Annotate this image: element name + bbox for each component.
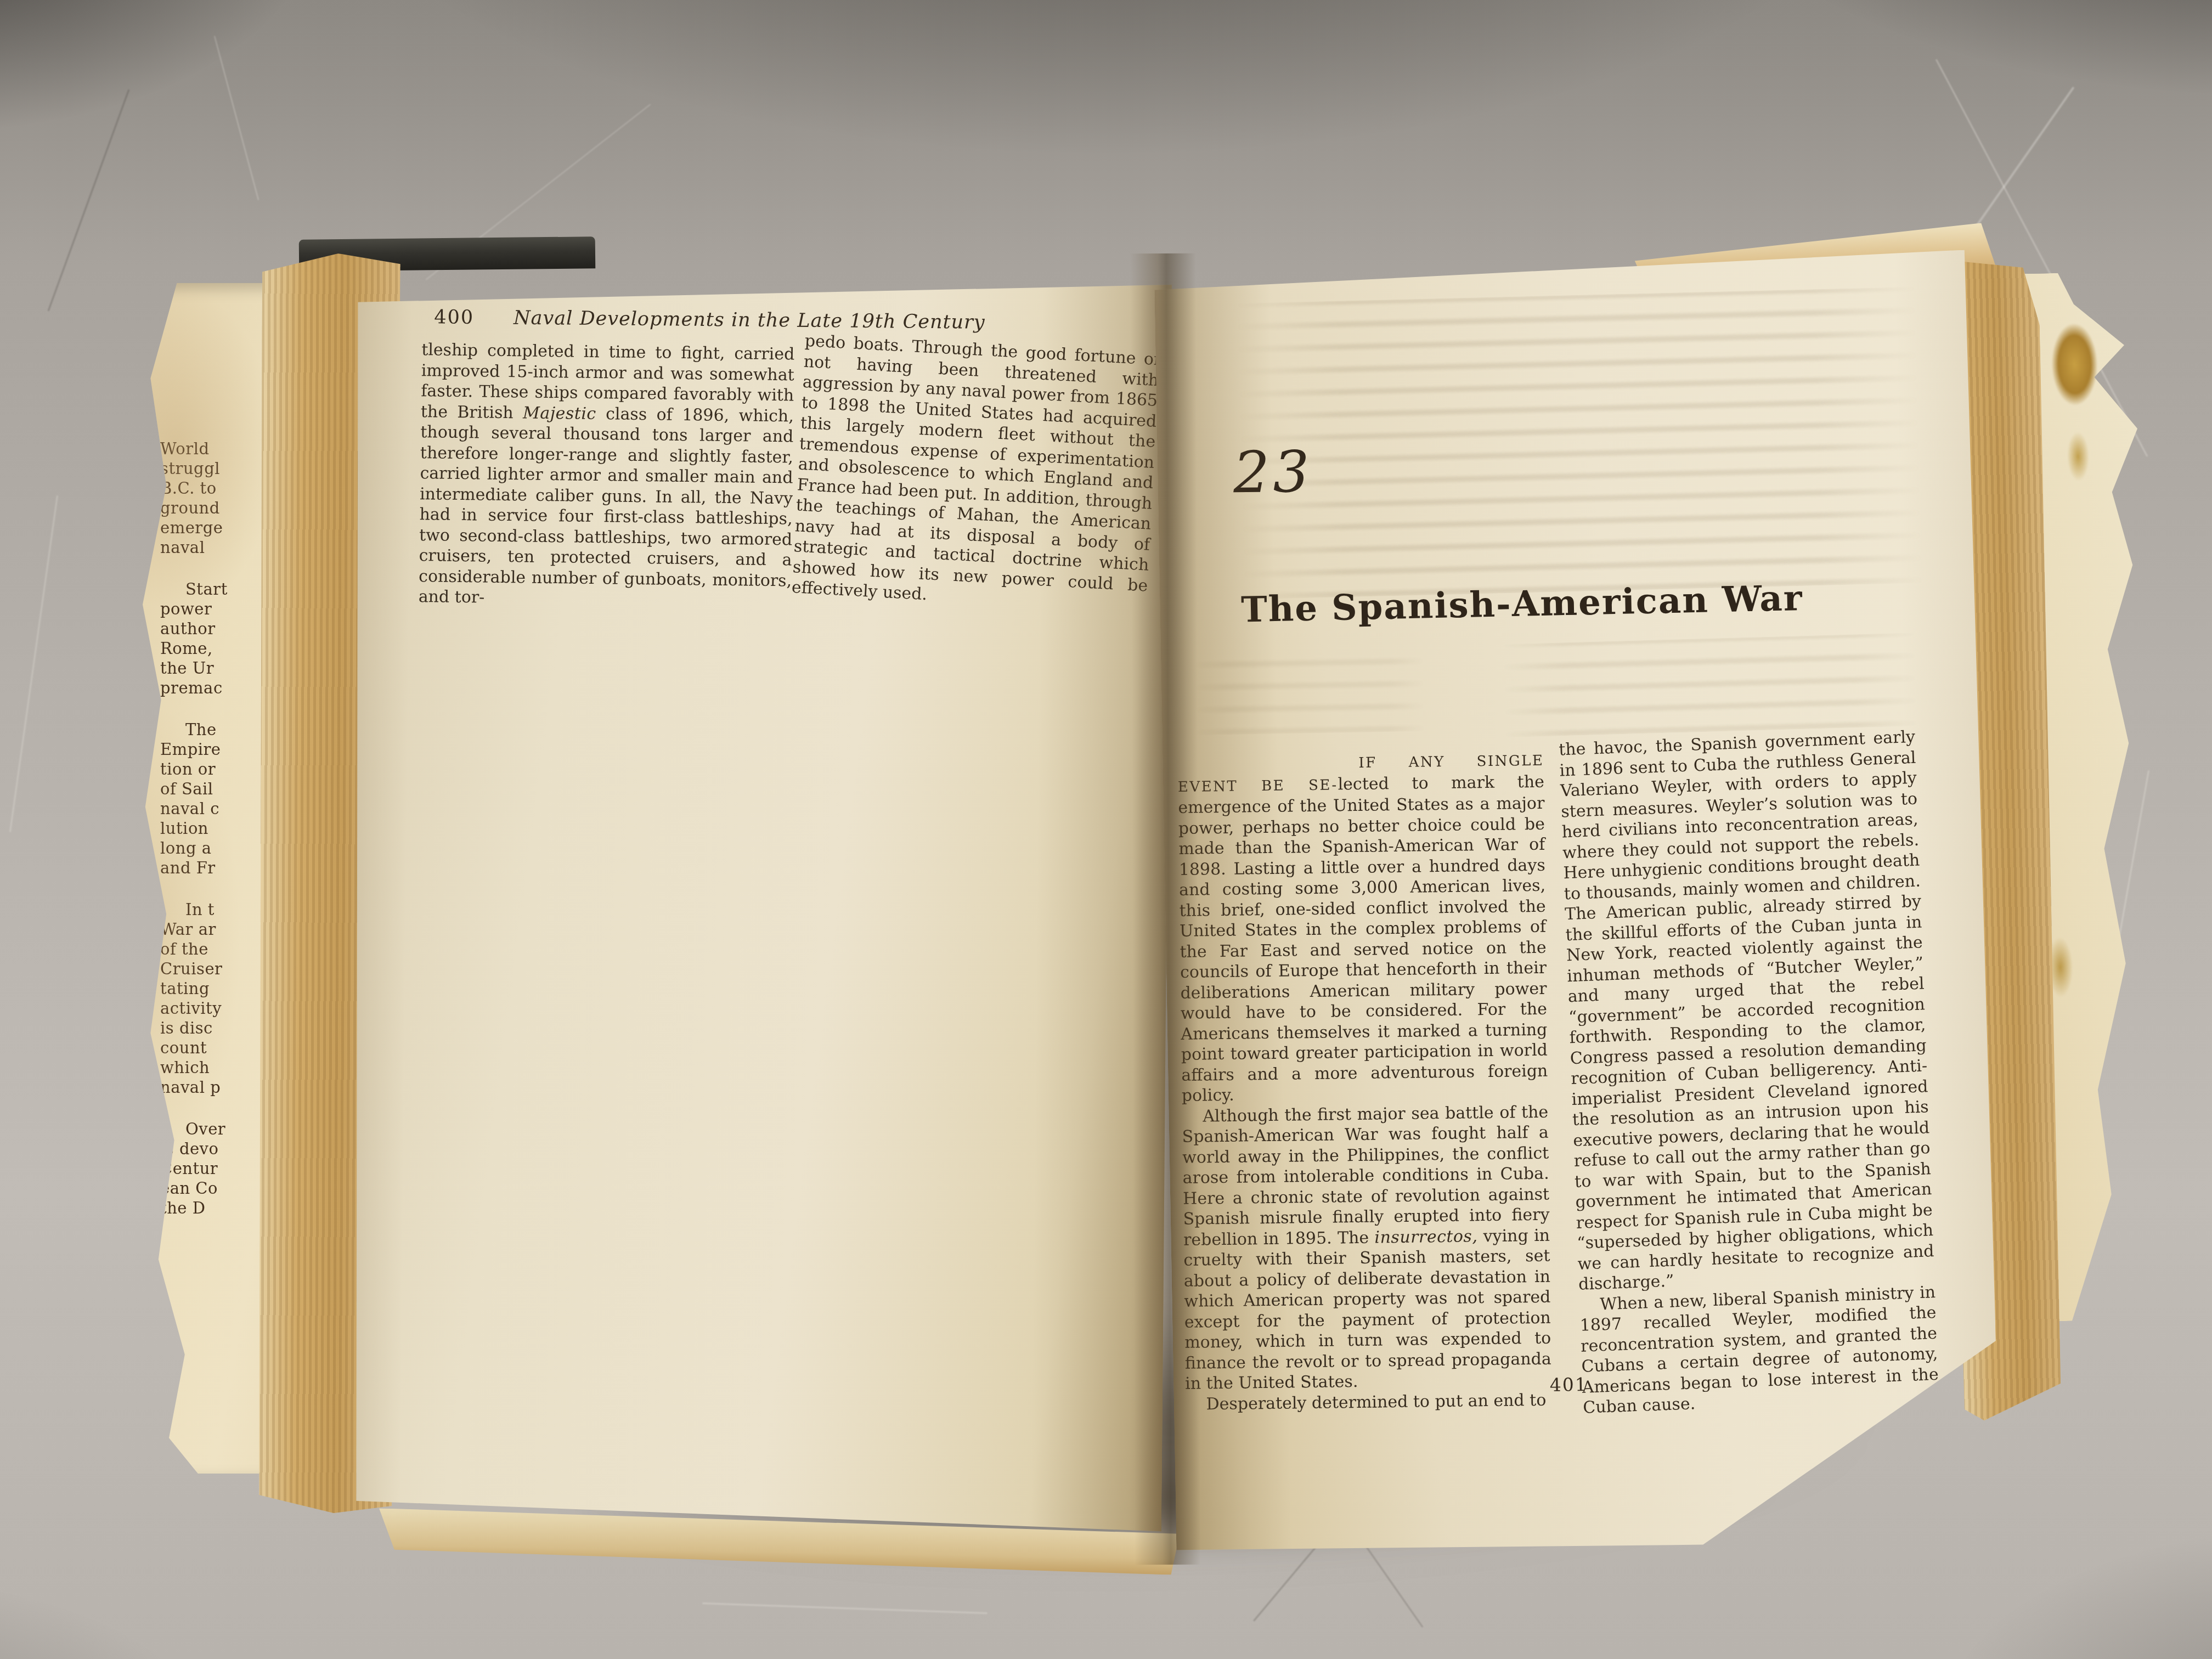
book-page-right: 23 The Spanish-American War IF ANY SINGL… bbox=[1154, 250, 1999, 1563]
chapter-number: 23 bbox=[1233, 438, 1313, 506]
running-header: 400 Naval Developments in the Late 19th … bbox=[434, 306, 1114, 335]
right-page-column-2: the havoc, the Spanish government early … bbox=[1559, 727, 1940, 1418]
surface-scratch bbox=[9, 495, 58, 832]
bleed-through-text bbox=[1194, 644, 1426, 735]
page-number-left: 400 bbox=[434, 306, 474, 329]
chapter-opening-paragraph: IF ANY SINGLE EVENT BE SE-lected to mark… bbox=[1177, 750, 1548, 1107]
book-page-left: 400 Naval Developments in the Late 19th … bbox=[343, 269, 1173, 1539]
photo-of-open-book: THI World struggl B.C. to ground emerge … bbox=[0, 0, 2212, 1659]
body-paragraph: pedo boats. Through the good fortune of … bbox=[791, 331, 1160, 617]
left-page-column-1: tleship completed in time to fight, carr… bbox=[419, 340, 795, 612]
surface-scratch bbox=[48, 89, 130, 311]
left-page-column-2: pedo boats. Through the good fortune of … bbox=[791, 331, 1160, 617]
jacket-tear-mark bbox=[2067, 432, 2090, 482]
bleed-through-text bbox=[1236, 287, 1923, 600]
bleed-through-text bbox=[1500, 633, 1920, 737]
body-paragraph: Desperately determined to put an end to bbox=[1185, 1390, 1551, 1415]
chapter-title: The Spanish-American War bbox=[1193, 577, 1852, 631]
right-page-column-1: IF ANY SINGLE EVENT BE SE-lected to mark… bbox=[1177, 750, 1552, 1415]
surface-scratch bbox=[214, 36, 259, 200]
body-paragraph: When a new, liberal Spanish ministry in … bbox=[1579, 1282, 1940, 1419]
body-paragraph: tleship completed in time to fight, carr… bbox=[419, 340, 795, 612]
italic-insurrectos: insurrectos, bbox=[1374, 1227, 1477, 1247]
jacket-tear-mark bbox=[2051, 323, 2098, 406]
page-number-right: 401 bbox=[1514, 1373, 1624, 1396]
body-paragraph: the havoc, the Spanish government early … bbox=[1559, 727, 1936, 1295]
running-head-title: Naval Developments in the Late 19th Cent… bbox=[513, 307, 985, 334]
italic-ship-class: Majestic bbox=[523, 403, 596, 424]
body-paragraph: Although the first major sea battle of t… bbox=[1182, 1102, 1551, 1394]
